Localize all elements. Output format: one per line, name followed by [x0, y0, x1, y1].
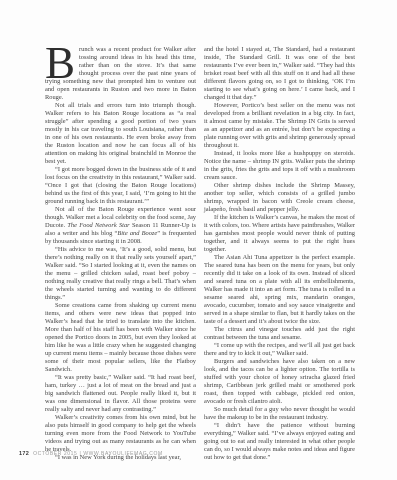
article-body: Brunch was a recent product for Walker a… [45, 46, 356, 462]
paragraph: The citrus and vinegar touches add just … [204, 326, 355, 342]
article-column-right: and the hotel I stayed at, The Standard,… [204, 46, 355, 462]
paragraph: “It was pretty basic,” Walker said. “It … [45, 374, 196, 414]
paragraph: Walker’s creativity comes from his own m… [45, 414, 196, 454]
italic-text: The Food Network Star [67, 222, 129, 229]
paragraph: Brunch was a recent product for Walker a… [45, 46, 196, 102]
footer-issue: OCTOBER 2015 [33, 451, 77, 457]
magazine-page: Brunch was a recent product for Walker a… [0, 0, 397, 480]
paragraph: Some creations came from shaking up curr… [45, 302, 196, 374]
paragraph: However, Portico’s best seller on the me… [204, 102, 355, 150]
italic-text: Bite and Booze [117, 230, 157, 237]
paragraph: “I come up with the recipes, and we’ll a… [204, 342, 355, 358]
paragraph: Instead, it looks more like a hushpuppy … [204, 150, 355, 182]
paragraph: Burgers and sandwiches have also taken o… [204, 358, 355, 406]
paragraph: and the hotel I stayed at, The Standard,… [204, 46, 355, 102]
footer-separator: | [79, 451, 81, 457]
paragraph: If the kitchen is Walker’s canvas, he ma… [204, 214, 355, 254]
paragraph: So much detail for a guy who never thoug… [204, 406, 355, 422]
paragraph: “I got more bogged down in the business … [45, 166, 196, 206]
article-column-left: Brunch was a recent product for Walker a… [45, 46, 196, 462]
paragraph: “His advice to me was, ‘It’s a good, sol… [45, 246, 196, 302]
page-number: 172 [19, 451, 29, 457]
paragraph: Other shrimp dishes include the Shrimp M… [204, 182, 355, 214]
drop-cap: B [45, 47, 75, 78]
page-footer: 172OCTOBER 2015|WWW.BAYOULIFEMAG.COM [19, 451, 163, 457]
footer-website: WWW.BAYOULIFEMAG.COM [83, 451, 162, 457]
paragraph: The Asian Ahi Tuna appetizer is the perf… [204, 254, 355, 326]
paragraph: Not all of the Baton Rouge experience we… [45, 206, 196, 246]
paragraph: Not all trials and errors turn into triu… [45, 102, 196, 166]
paragraph: “I didn’t have the patience without burn… [204, 422, 355, 462]
